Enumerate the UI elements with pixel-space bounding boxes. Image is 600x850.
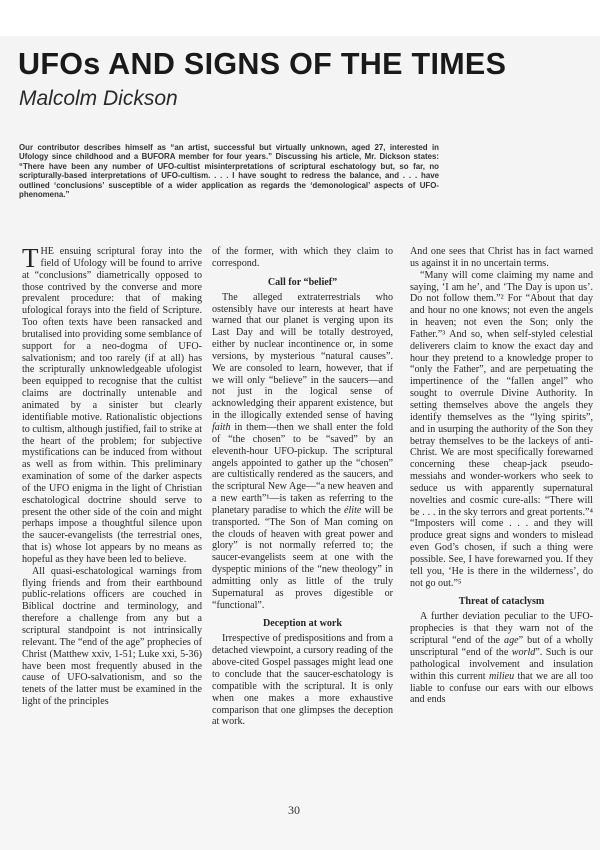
paragraph: And one sees that Christ has in fact war… [410, 246, 593, 270]
paragraph: Irrespective of predispositions and from… [212, 633, 393, 728]
drop-cap: T [22, 247, 39, 269]
paragraph: A further deviation peculiar to the UFO-… [410, 611, 593, 706]
paragraph-text: in them—then we shall enter the fold of … [212, 422, 393, 516]
column-3: And one sees that Christ has in fact war… [410, 246, 593, 706]
section-heading-deception-at-work: Deception at work [212, 618, 393, 630]
paragraph: All quasi-eschatological warnings from f… [22, 566, 202, 708]
column-2: of the former, with which they claim to … [212, 246, 393, 728]
paragraph: THE ensuing scriptural foray into the fi… [22, 246, 202, 566]
italic-text: age [504, 635, 519, 646]
paragraph-text: The alleged extraterrestrials who ostens… [212, 292, 393, 421]
paragraph-text: HE ensuing scriptural foray into the fie… [22, 246, 202, 565]
italic-text: milieu [489, 671, 514, 682]
page-number: 30 [288, 803, 300, 818]
section-heading-threat-of-cataclysm: Threat of cataclysm [410, 596, 593, 608]
column-1: THE ensuing scriptural foray into the fi… [22, 246, 202, 708]
magazine-page: UFOs AND SIGNS OF THE TIMES Malcolm Dick… [0, 0, 600, 850]
paragraph: “Many will come claiming my name and say… [410, 270, 593, 590]
article-title: UFOs AND SIGNS OF THE TIMES [18, 47, 588, 81]
section-heading-call-for-belief: Call for “belief” [212, 277, 393, 289]
paragraph: of the former, with which they claim to … [212, 246, 393, 270]
italic-text: faith [212, 422, 231, 433]
article-intro: Our contributor describes himself as “an… [19, 143, 439, 199]
paragraph-text: will be transported. “The Son of Man com… [212, 505, 393, 611]
italic-text: élite [344, 505, 361, 516]
paragraph: The alleged extraterrestrials who ostens… [212, 292, 393, 612]
article-author: Malcolm Dickson [19, 87, 178, 111]
italic-text: world [512, 647, 536, 658]
